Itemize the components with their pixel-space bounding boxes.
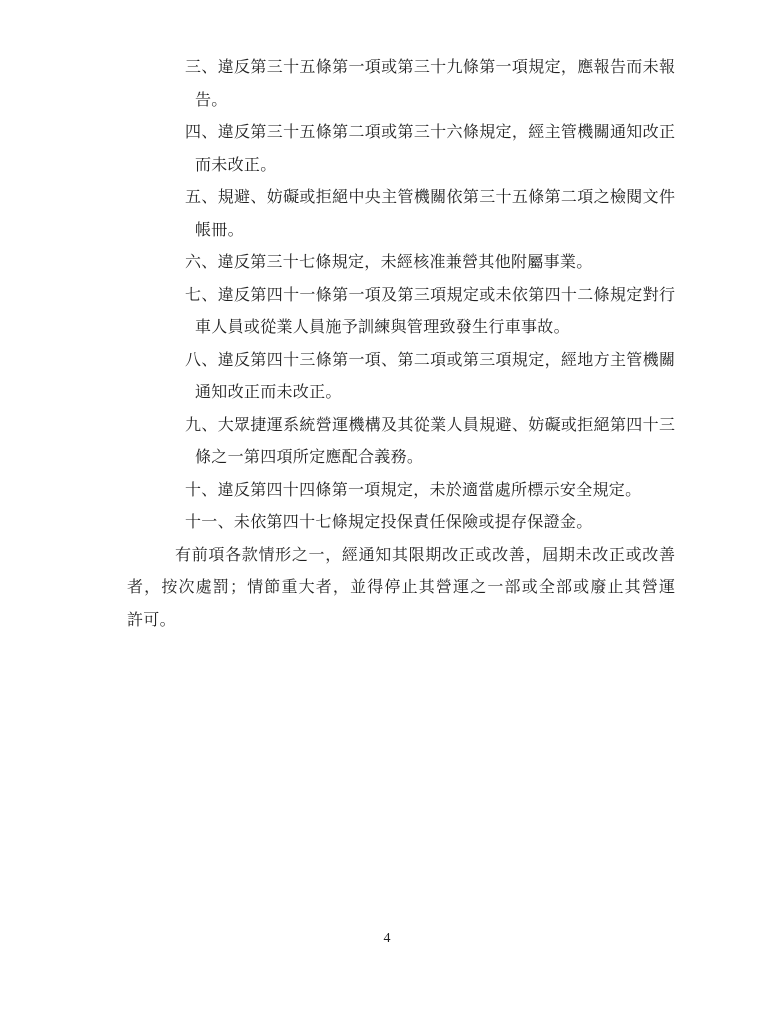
text-line: 八、違反第四十三條第一項、第二項或第三項規定，經地方主管機關 xyxy=(185,345,675,378)
text-line: 帳冊。 xyxy=(195,215,675,248)
text-line: 而未改正。 xyxy=(195,150,675,183)
text-line: 告。 xyxy=(195,85,675,118)
text-line: 三、違反第三十五條第一項或第三十九條第一項規定，應報告而未報 xyxy=(185,52,675,85)
text-line: 七、違反第四十一條第一項及第三項規定或未依第四十二條規定對行 xyxy=(185,280,675,313)
text-line: 車人員或從業人員施予訓練與管理致發生行車事故。 xyxy=(195,312,675,345)
text-line: 者，按次處罰；情節重大者，並得停止其營運之一部或全部或廢止其營運 xyxy=(127,572,675,605)
document-body: 三、違反第三十五條第一項或第三十九條第一項規定，應報告而未報 告。 四、違反第三… xyxy=(0,52,760,637)
text-line: 許可。 xyxy=(127,605,675,638)
text-line: 十、違反第四十四條第一項規定，未於適當處所標示安全規定。 xyxy=(185,475,675,508)
text-line: 四、違反第三十五條第二項或第三十六條規定，經主管機關通知改正 xyxy=(185,117,675,150)
page-number: 4 xyxy=(0,930,760,948)
document-page: 三、違反第三十五條第一項或第三十九條第一項規定，應報告而未報 告。 四、違反第三… xyxy=(0,0,760,1009)
text-line: 通知改正而未改正。 xyxy=(195,377,675,410)
text-line: 五、規避、妨礙或拒絕中央主管機關依第三十五條第二項之檢閱文件 xyxy=(185,182,675,215)
text-line: 九、大眾捷運系統營運機構及其從業人員規避、妨礙或拒絕第四十三 xyxy=(185,410,675,443)
text-line: 有前項各款情形之一，經通知其限期改正或改善，屆期未改正或改善 xyxy=(175,540,675,573)
text-line: 六、違反第三十七條規定，未經核准兼營其他附屬事業。 xyxy=(185,247,675,280)
text-line: 十一、未依第四十七條規定投保責任保險或提存保證金。 xyxy=(185,507,675,540)
text-line: 條之一第四項所定應配合義務。 xyxy=(195,442,675,475)
